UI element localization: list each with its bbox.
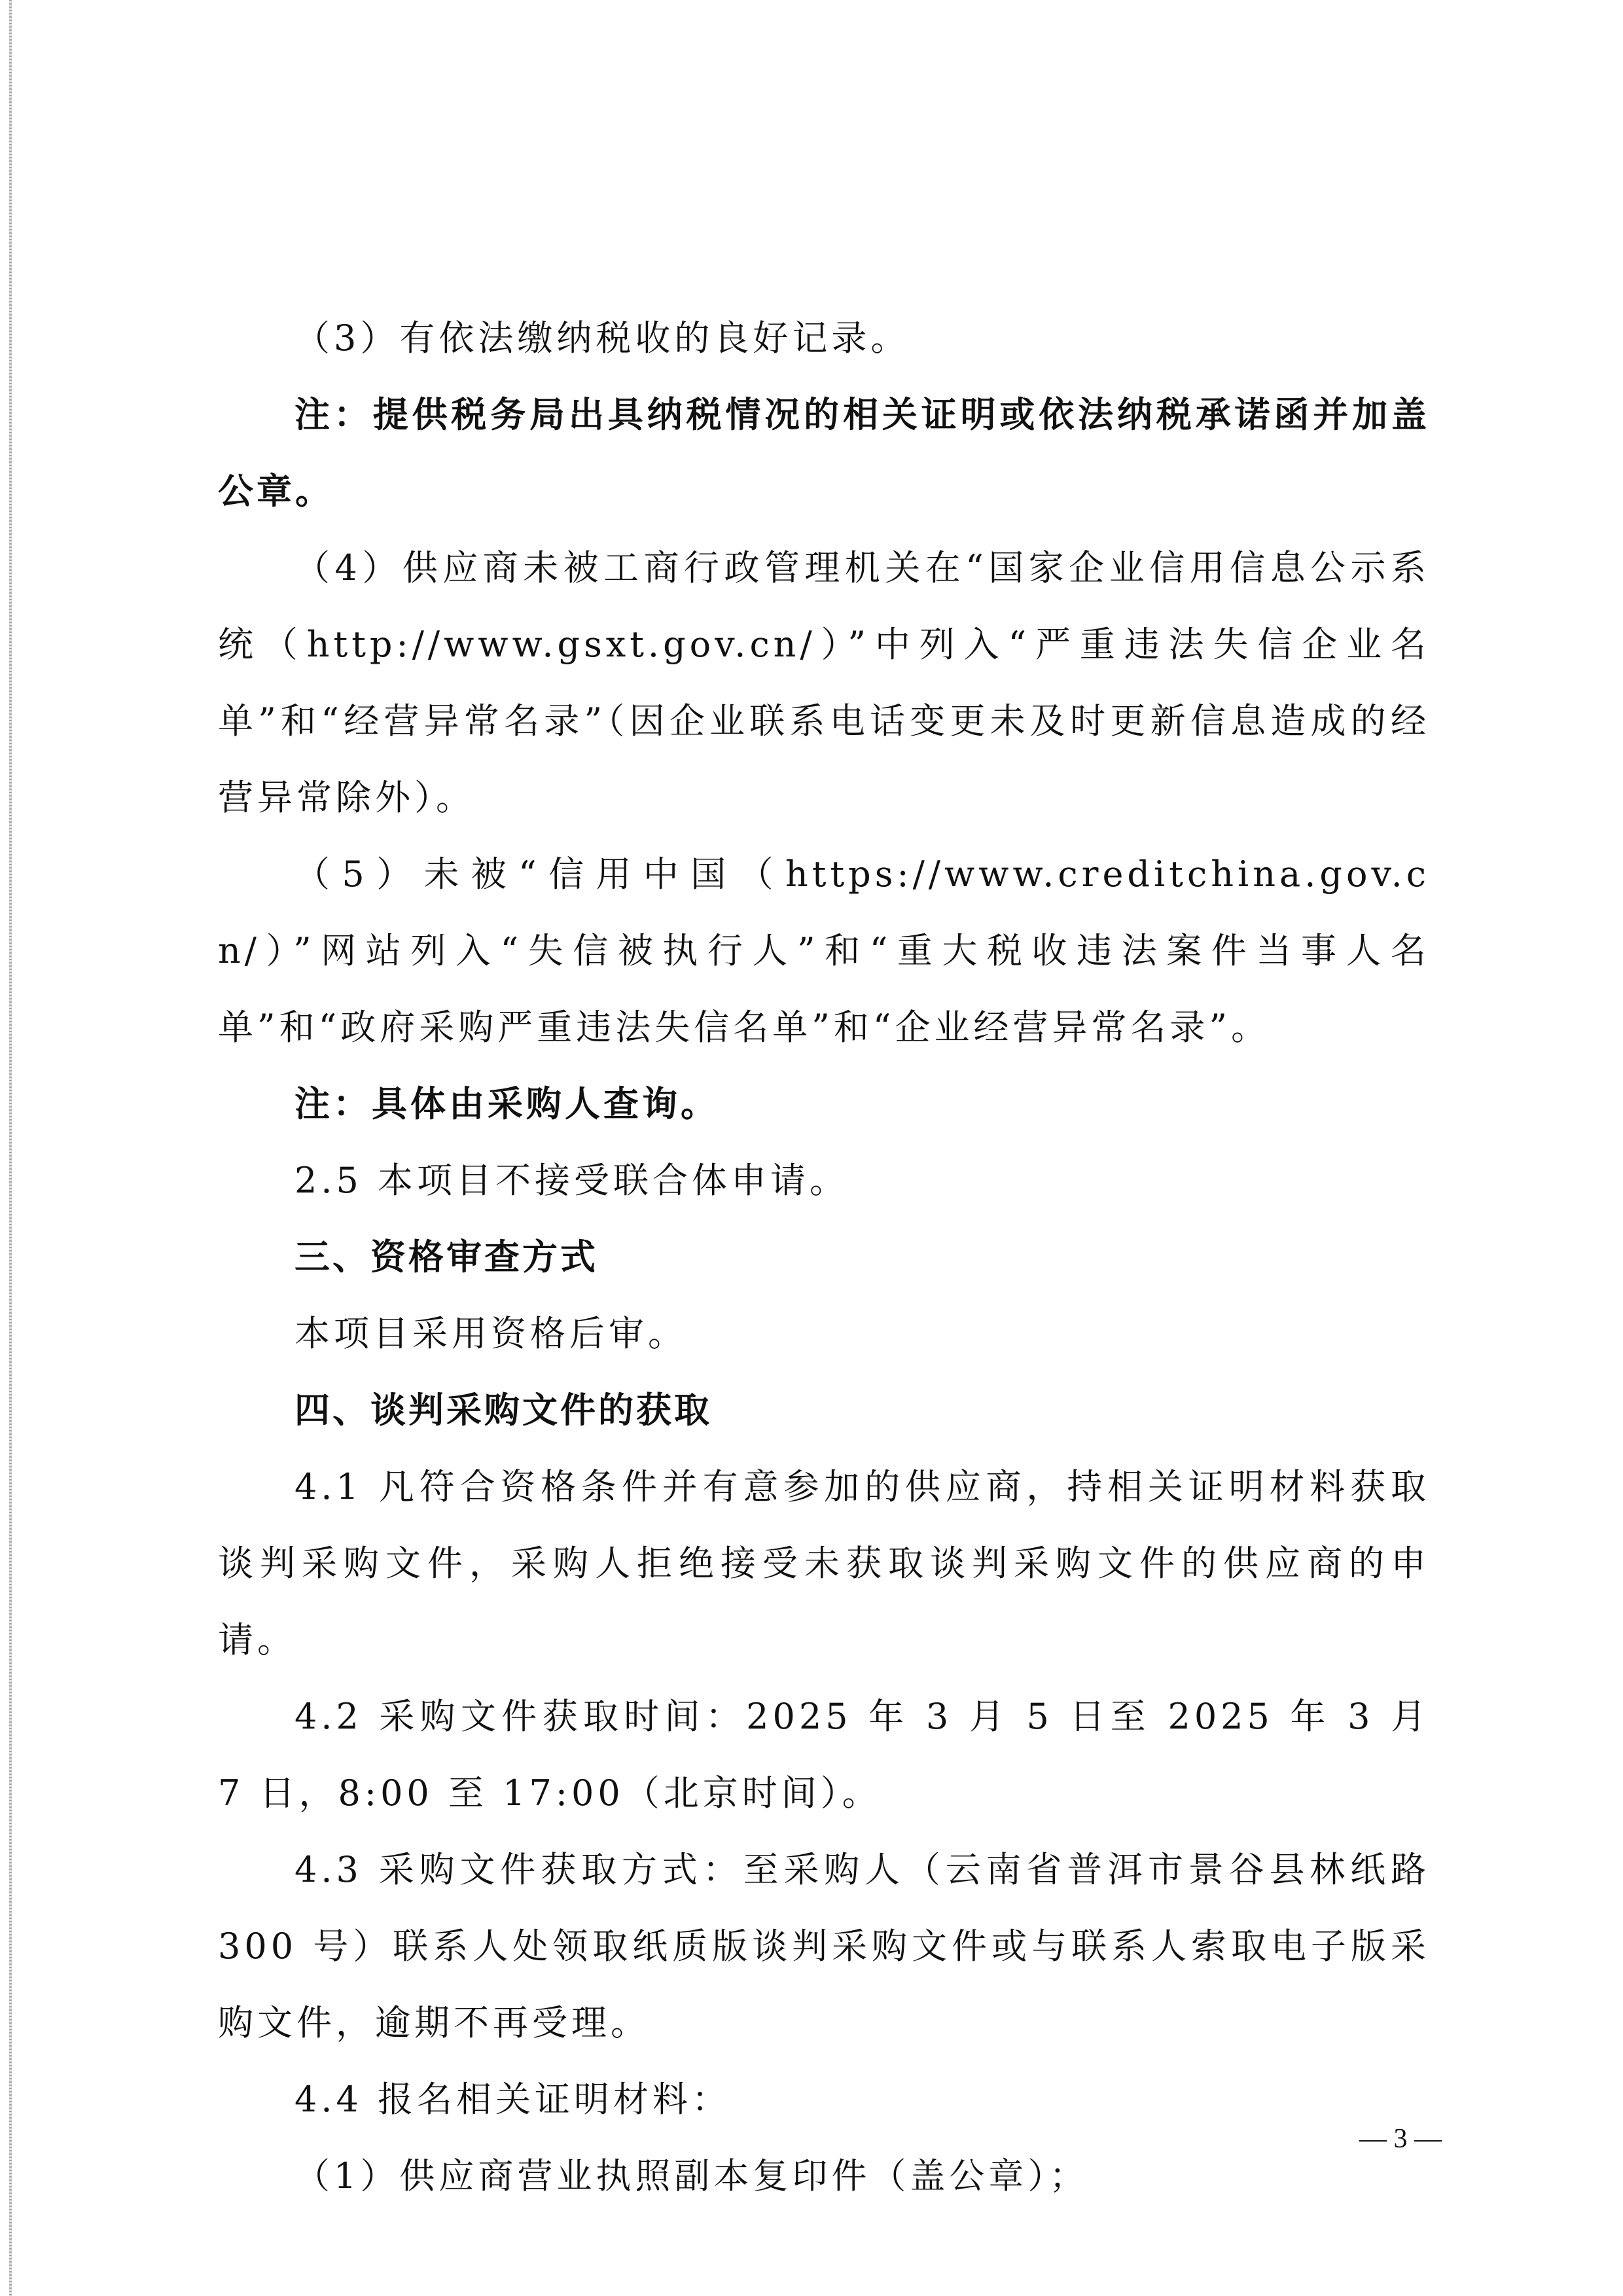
- document-body: （3）有依法缴纳税收的良好记录。 注：提供税务局出具纳税情况的相关证明或依法纳税…: [218, 300, 1430, 2214]
- paragraph-4-4-materials: 4.4 报名相关证明材料：: [218, 2061, 1430, 2138]
- scan-edge-artifact: [9, 0, 12, 2296]
- paragraph-4-2-time: 4.2 采购文件获取时间：2025 年 3 月 5 日至 2025 年 3 月 …: [218, 1678, 1430, 1831]
- list-item-business-license: （1）供应商营业执照副本复印件（盖公章）；: [218, 2138, 1430, 2214]
- note-purchaser-query: 注：具体由采购人查询。: [218, 1066, 1430, 1142]
- section-heading-qualification-review: 三、资格审查方式: [218, 1219, 1430, 1295]
- paragraph-4-1: 4.1 凡符合资格条件并有意参加的供应商，持相关证明材料获取谈判采购文件，采购人…: [218, 1448, 1430, 1678]
- paragraph-creditchina-check: （5）未被“信用中国（https://www.creditchina.gov.c…: [218, 836, 1430, 1066]
- note-tax-certificate: 注：提供税务局出具纳税情况的相关证明或依法纳税承诺函并加盖公章。: [218, 376, 1430, 529]
- page-number: — 3 —: [1355, 2119, 1446, 2159]
- section-heading-obtain-documents: 四、谈判采购文件的获取: [218, 1372, 1430, 1448]
- paragraph-4-3-method: 4.3 采购文件获取方式：至采购人（云南省普洱市景谷县林纸路 300 号）联系人…: [218, 1831, 1430, 2061]
- paragraph-no-consortium: 2.5 本项目不接受联合体申请。: [218, 1142, 1430, 1219]
- paragraph-post-qualification: 本项目采用资格后审。: [218, 1295, 1430, 1372]
- paragraph-tax-record: （3）有依法缴纳税收的良好记录。: [218, 300, 1430, 376]
- paragraph-gsxt-check: （4）供应商未被工商行政管理机关在“国家企业信用信息公示系统（http://ww…: [218, 529, 1430, 836]
